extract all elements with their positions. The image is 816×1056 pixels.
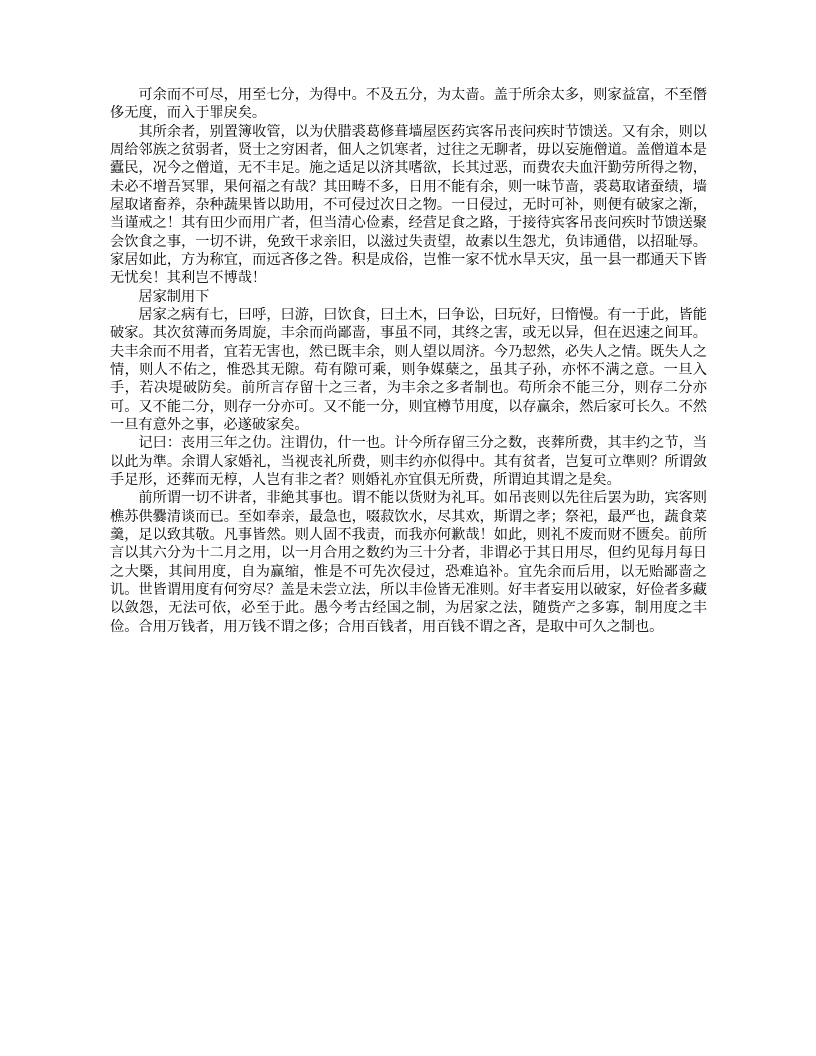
paragraph: 其所余者，别置簿收管，以为伏腊裘葛修葺墙屋医药宾客吊丧问疾时节馈送。又有余，则以… xyxy=(110,123,707,288)
paragraph: 可余而不可尽，用至七分，为得中。不及五分，为太啬。盖于所余太多，则家益富，不至僭… xyxy=(110,86,707,123)
paragraph: 前所谓一切不讲者，非絶其事也。谓不能以货财为礼耳。如吊丧则以先往后罢为助，宾客则… xyxy=(110,489,707,636)
section-heading: 居家制用下 xyxy=(110,288,707,306)
paragraph: 记曰：丧用三年之仂。注谓仂，什一也。计今所存留三分之数，丧葬所费，其丰约之节，当… xyxy=(110,434,707,489)
paragraph: 居家之病有七，曰呼，曰游，曰饮食，曰土木，曰争讼，曰玩好，曰惰慢。有一于此，皆能… xyxy=(110,306,707,434)
document-page: 可余而不可尽，用至七分，为得中。不及五分，为太啬。盖于所余太多，则家益富，不至僭… xyxy=(110,86,707,636)
